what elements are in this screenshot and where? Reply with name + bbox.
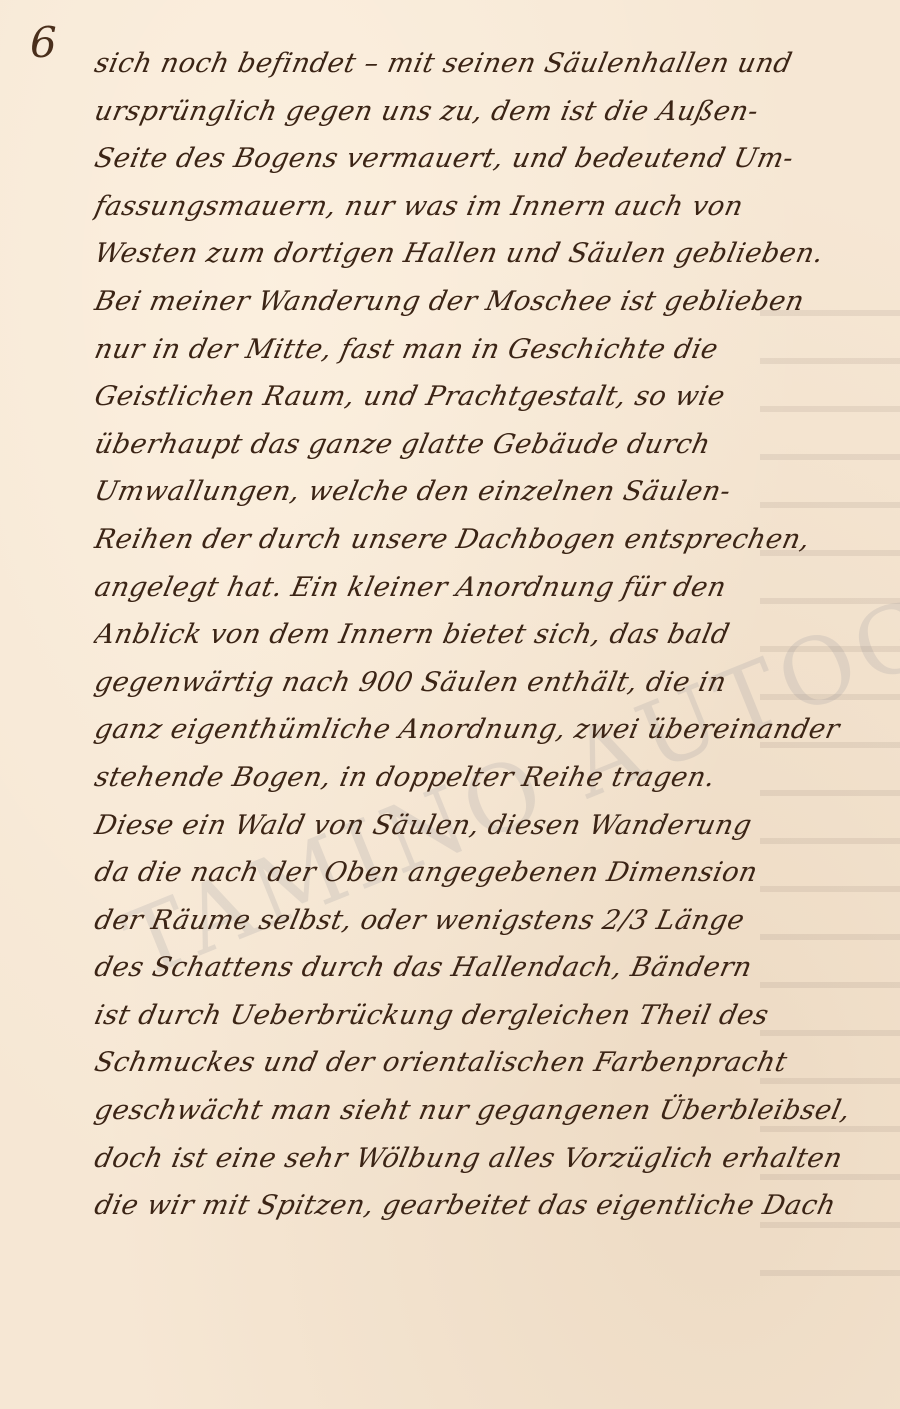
text-line: Diese ein Wald von Säulen, diesen Wander… [90, 802, 890, 850]
text-line: ist durch Ueberbrückung dergleichen Thei… [90, 992, 890, 1040]
text-line: doch ist eine sehr Wölbung alles Vorzügl… [90, 1135, 890, 1183]
text-line: Seite des Bogens vermauert, und bedeuten… [90, 135, 890, 183]
text-line: geschwächt man sieht nur gegangenen Über… [90, 1087, 890, 1135]
text-line: Bei meiner Wanderung der Moschee ist geb… [90, 278, 890, 326]
text-line: der Räume selbst, oder wenigstens 2/3 Lä… [90, 897, 890, 945]
text-line: Reihen der durch unsere Dachbogen entspr… [90, 516, 890, 564]
text-line: fassungsmauern, nur was im Innern auch v… [90, 183, 890, 231]
text-line: ursprünglich gegen uns zu, dem ist die A… [90, 88, 890, 136]
text-line: sich noch befindet – mit seinen Säulenha… [90, 40, 890, 88]
text-line: angelegt hat. Ein kleiner Anordnung für … [90, 564, 890, 612]
text-line: Schmuckes und der orientalischen Farbenp… [90, 1039, 890, 1087]
page-number: 6 [30, 18, 57, 67]
text-line: Anblick von dem Innern bietet sich, das … [90, 611, 890, 659]
text-line: stehende Bogen, in doppelter Reihe trage… [90, 754, 890, 802]
text-line: gegenwärtig nach 900 Säulen enthält, die… [90, 659, 890, 707]
text-line: da die nach der Oben angegebenen Dimensi… [90, 849, 890, 897]
text-line: die wir mit Spitzen, gearbeitet das eige… [90, 1182, 890, 1230]
text-line: nur in der Mitte, fast man in Geschichte… [90, 326, 890, 374]
text-line: Westen zum dortigen Hallen und Säulen ge… [90, 230, 890, 278]
text-line: überhaupt das ganze glatte Gebäude durch [90, 421, 890, 469]
handwritten-text: sich noch befindet – mit seinen Säulenha… [95, 40, 885, 1230]
text-line: Umwallungen, welche den einzelnen Säulen… [90, 468, 890, 516]
text-line: Geistlichen Raum, und Prachtgestalt, so … [90, 373, 890, 421]
text-line: ganz eigenthümliche Anordnung, zwei über… [90, 706, 890, 754]
text-line: des Schattens durch das Hallendach, Bänd… [90, 944, 890, 992]
